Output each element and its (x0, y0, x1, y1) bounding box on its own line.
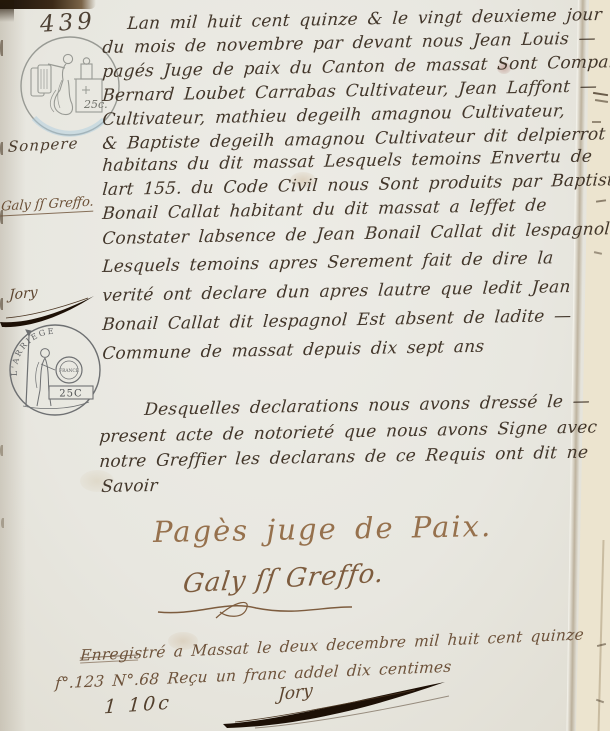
judge-signature: Pagès juge de Paix. (153, 509, 493, 549)
manuscript-line: Savoir (101, 476, 159, 497)
binding-mark (0, 40, 3, 56)
revenue-stamp-ariege-icon: L'ARRIEGE FRANCE 25C (7, 320, 103, 418)
scanned-document: 439 25c. Sonpere Galy ſſ Greffo. (0, 0, 610, 731)
clerk-signature-underline (156, 598, 356, 620)
underlying-page-mark (592, 121, 601, 123)
underlying-page-mark (595, 99, 608, 103)
binding-mark (1, 518, 4, 528)
binding-mark (0, 445, 3, 456)
stamp-center-text: FRANCE (59, 369, 79, 374)
stamp-denomination: 25C (59, 389, 82, 400)
binding-edge-top (0, 0, 96, 9)
margin-note: Sonpere (8, 134, 79, 156)
binding-edge-corner (0, 0, 14, 22)
underlying-page-mark (594, 251, 602, 254)
registrar-ink-flourish (215, 678, 450, 730)
underlying-page-mark (596, 199, 606, 202)
binding-mark (0, 142, 3, 155)
